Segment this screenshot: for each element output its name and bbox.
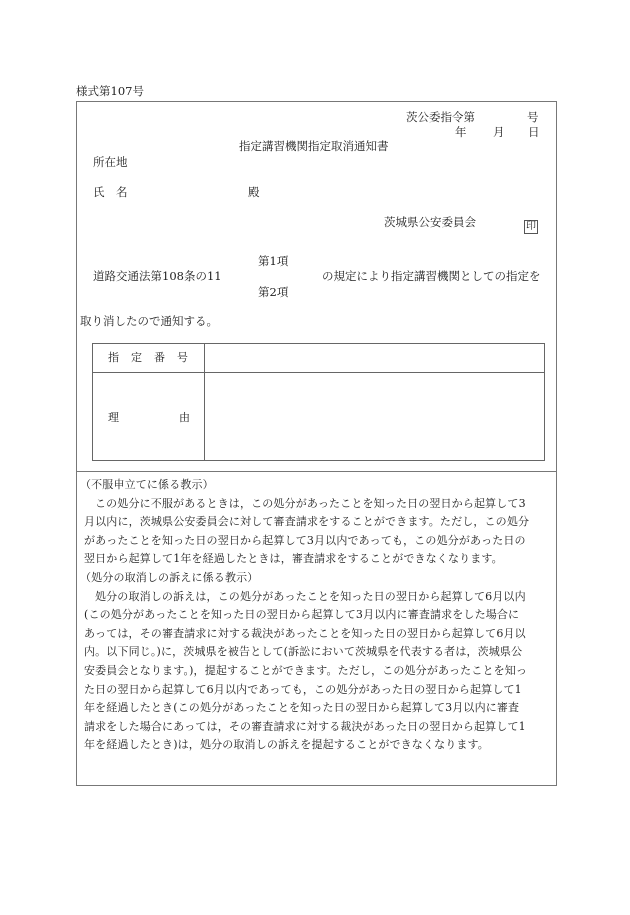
form-number-label: 様式第107号 — [76, 84, 144, 98]
appeal-line: 月以内に，茨城県公安委員会に対して審査請求をすることができます。ただし，この処分 — [84, 513, 550, 532]
reason-label-right: 由 — [179, 411, 190, 425]
clause-1: 第1項 — [258, 254, 288, 268]
notice-section: （不服申立てに係る教示） この処分に不服があるときは，この処分があったことを知っ… — [84, 476, 550, 755]
document-title: 指定講習機関指定取消通知書 — [239, 139, 389, 153]
name-label: 氏 名 — [93, 185, 128, 199]
date-month: 月 — [493, 125, 505, 139]
date-day: 日 — [528, 125, 540, 139]
reason-label-left: 理 — [108, 411, 119, 425]
table-row-divider — [93, 372, 544, 373]
lawsuit-line: た日の翌日から起算して6月以内であっても，この処分があった日の翌日から起算して1 — [84, 681, 550, 700]
lawsuit-line: 年を経過したとき(この処分があったことを知った日の翌日から起算して3月以内に審査 — [84, 699, 550, 718]
lawsuit-line: 処分の取消しの訴えは，この処分があったことを知った日の翌日から起算して6月以内 — [84, 588, 550, 607]
lawsuit-line: (この処分があったことを知った日の翌日から起算して3月以内に審査請求をした場合に — [84, 606, 550, 625]
lawsuit-line: 安委員会となります。)，提起することができます。ただし，この処分があったことを知… — [84, 662, 550, 681]
date-year: 年 — [455, 125, 467, 139]
clause-2: 第2項 — [258, 285, 288, 299]
lawsuit-line: 請求をした場合にあっては，その審査請求に対する裁決があった日の翌日から起算して1 — [84, 718, 550, 737]
address-label: 所在地 — [93, 155, 128, 169]
issuer-name: 茨城県公安委員会 — [384, 215, 476, 229]
section-divider — [76, 471, 556, 472]
lawsuit-heading: （処分の取消しの訴えに係る教示） — [80, 569, 550, 588]
lawsuit-line: 内。以下同じ。)に，茨城県を被告として(訴訟において茨城県を代表する者は，茨城県… — [84, 643, 550, 662]
appeal-line: があったことを知った日の翌日から起算して3月以内であっても，この処分があった日の — [84, 532, 550, 551]
appeal-line: 翌日から起算して1年を経過したときは，審査請求をすることができなくなります。 — [84, 550, 550, 569]
law-article: 道路交通法第108条の11 — [93, 269, 222, 283]
law-continuation: の規定により指定講習機関としての指定を — [322, 269, 541, 283]
designation-table: 指定番号 理 由 — [92, 343, 545, 461]
order-number-prefix: 茨公委指令第 — [406, 110, 475, 124]
appeal-line: この処分に不服があるときは，この処分があったことを知った日の翌日から起算して3 — [84, 495, 550, 514]
designation-number-label: 指定番号 — [108, 351, 200, 365]
table-column-divider — [204, 344, 205, 460]
seal-icon: 印 — [524, 220, 538, 234]
lawsuit-line: あっては，その審査請求に対する裁決があったことを知った日の翌日から起算して6月以 — [84, 625, 550, 644]
law-closing: 取り消したので通知する。 — [80, 314, 218, 328]
order-number-suffix: 号 — [527, 110, 539, 124]
lawsuit-line: 年を経過したとき)は，処分の取消しの訴えを提起することができなくなります。 — [84, 736, 550, 755]
appeal-heading: （不服申立てに係る教示） — [80, 476, 550, 495]
honorific: 殿 — [248, 185, 260, 199]
